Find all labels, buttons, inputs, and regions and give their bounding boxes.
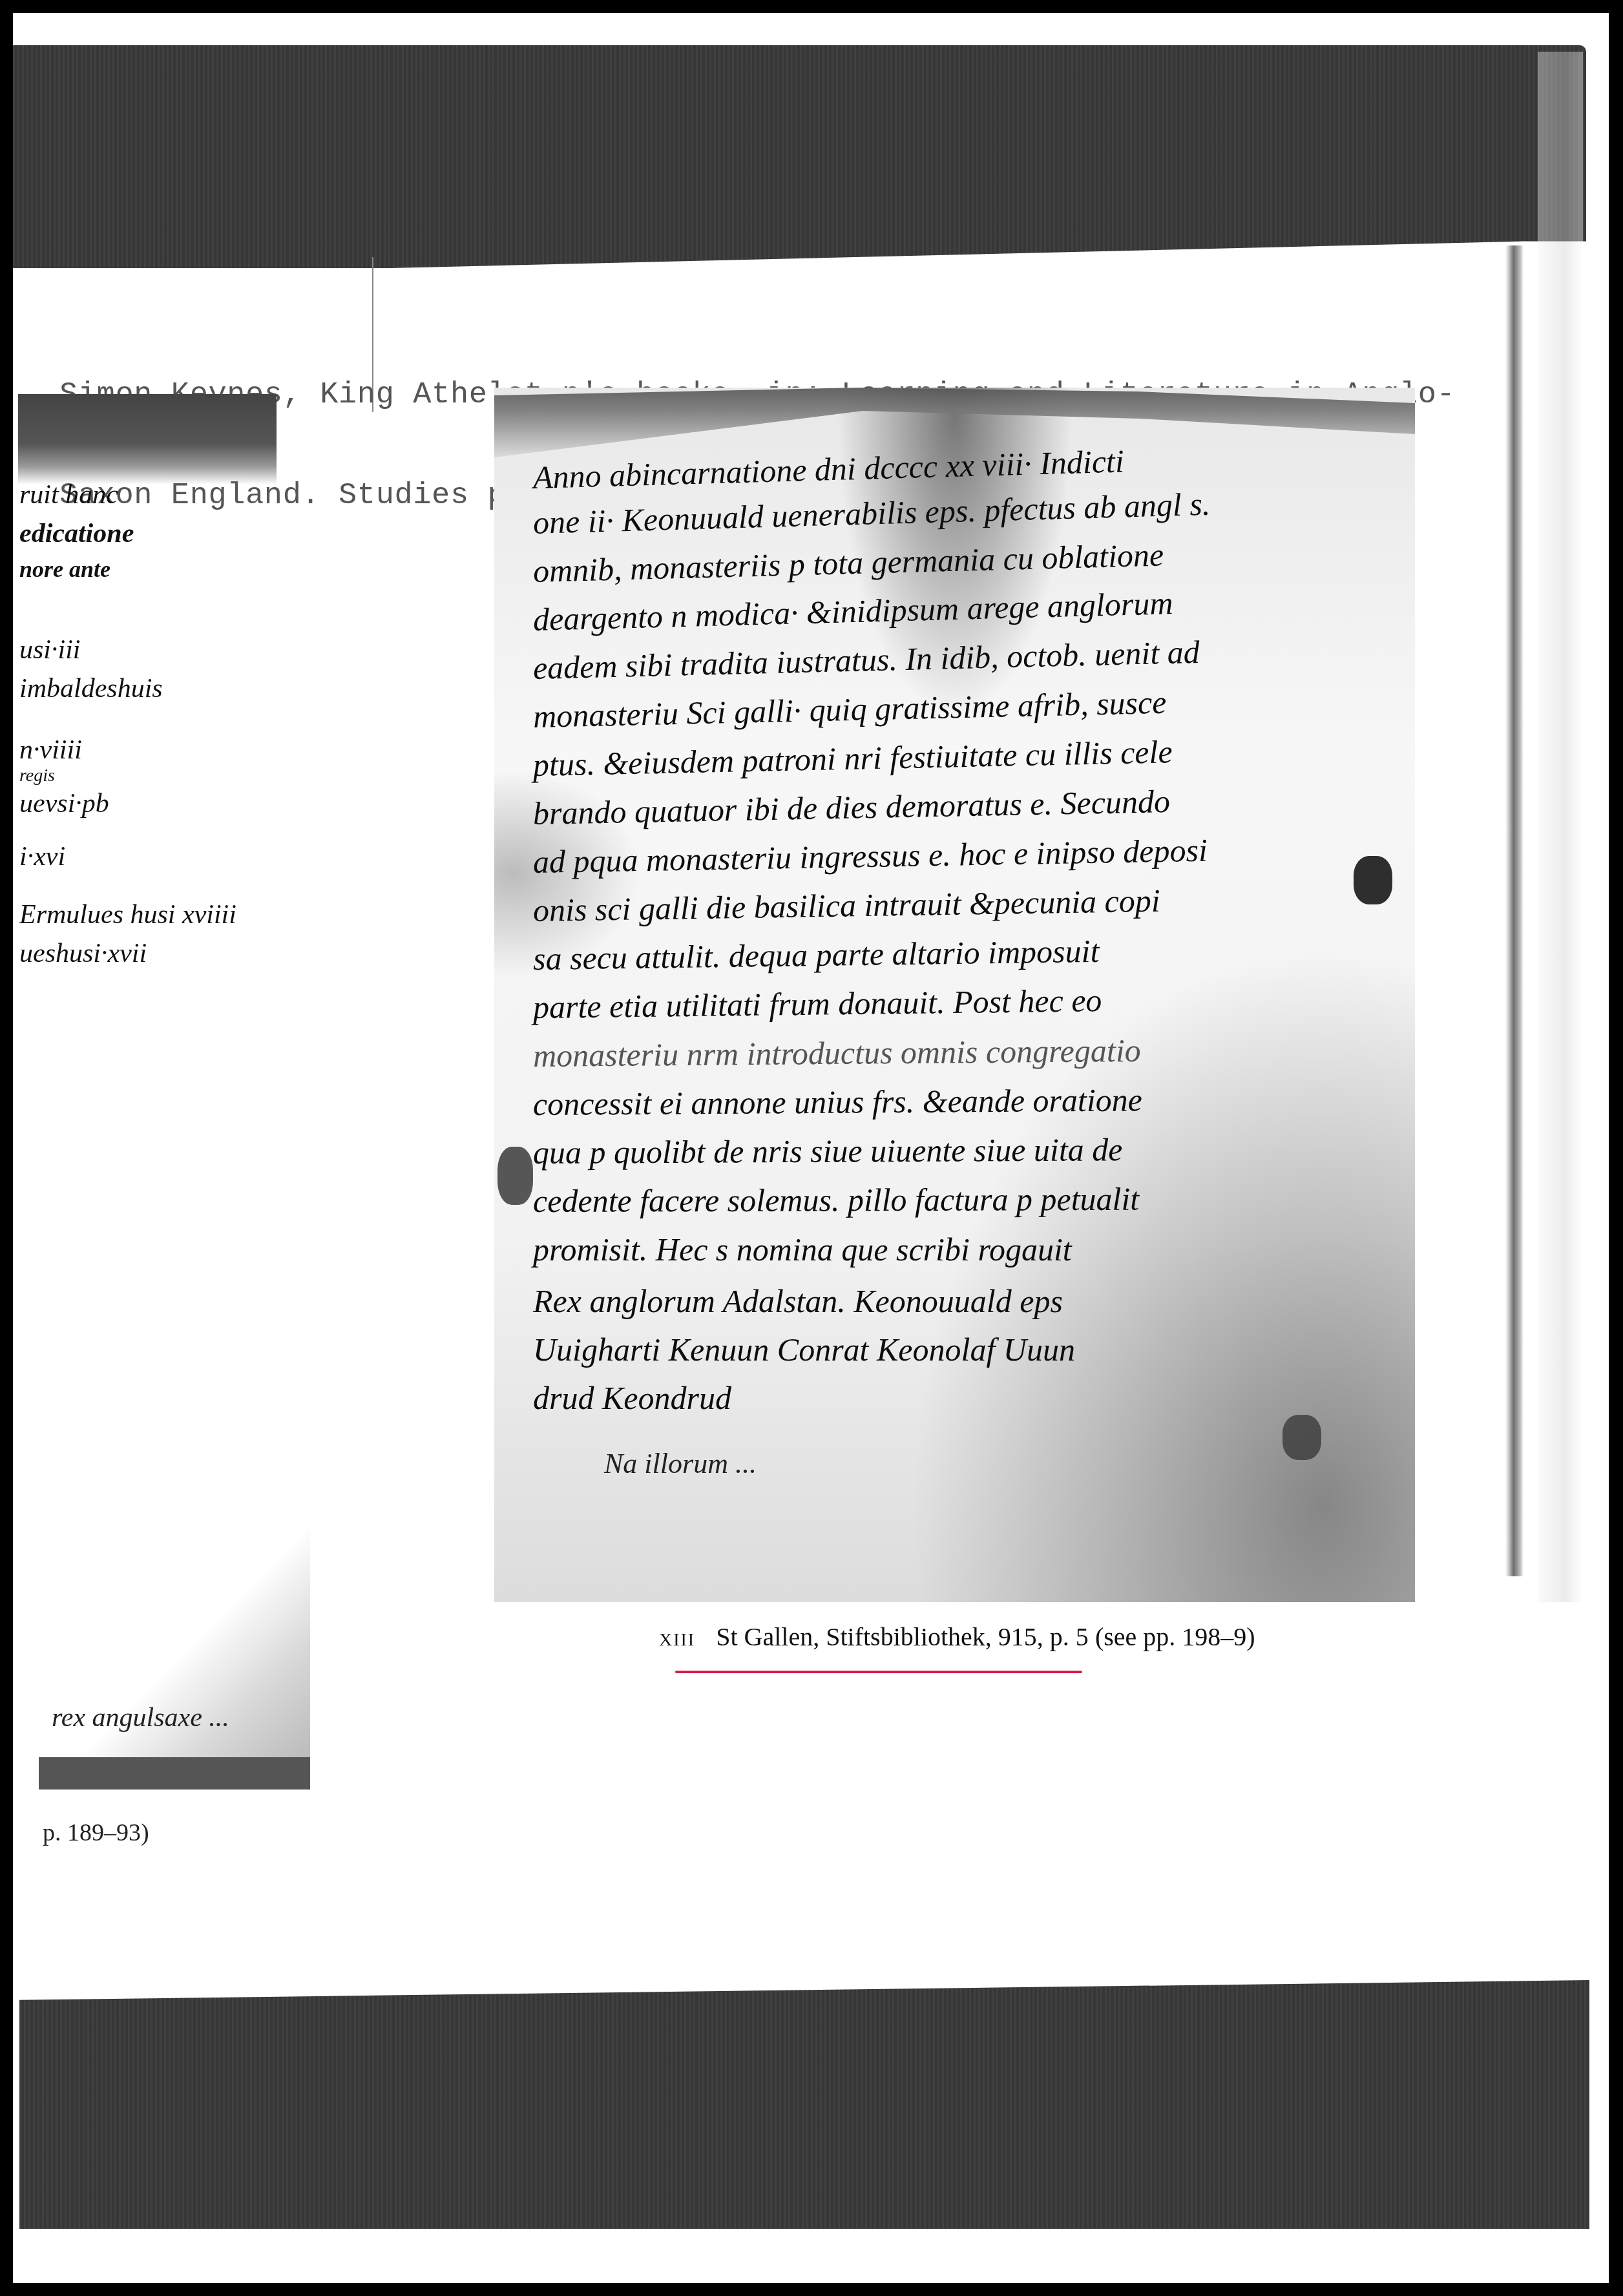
- ink-blot: [1354, 856, 1392, 904]
- fragment-line: regis: [19, 766, 55, 786]
- manuscript-line: omnib, monasteriis p tota germania cu ob…: [532, 536, 1164, 590]
- ink-blot: [497, 1147, 533, 1205]
- manuscript-line: qua p quolibt de nris siue uiuente siue …: [533, 1131, 1123, 1171]
- left-plate-bottom-text: rex angulsaxe ...: [52, 1702, 229, 1733]
- fragment-line: Ermulues husi xviiii: [19, 899, 236, 930]
- caption-underlined-text: St Gallen, Stiftsbibliothek, 915, p. 5: [716, 1622, 1089, 1651]
- manuscript-line: ad pqua monasteriu ingressus e. hoc e in…: [532, 831, 1208, 881]
- fragment-line: imbaldeshuis: [19, 673, 163, 704]
- manuscript-line: concessit ei annone unius frs. &eande or…: [533, 1081, 1142, 1123]
- signature-fragment: Na illorum ...: [604, 1447, 757, 1480]
- manuscript-line: Rex anglorum Adalstan. Keonouuald eps: [533, 1282, 1063, 1320]
- manuscript-line: brando quatuor ibi de dies demoratus e. …: [532, 782, 1170, 832]
- manuscript-line: Anno abincarnatione dni dcccc xx viii· I…: [532, 442, 1124, 496]
- fragment-line: nore ante: [19, 556, 110, 583]
- fragment-line: ueshusi·xvii: [19, 938, 147, 969]
- fragment-line: i·xvi: [19, 841, 65, 872]
- manuscript-line: eadem sibi tradita iustratus. In idib, o…: [532, 633, 1200, 687]
- plate-number: XIII: [659, 1630, 695, 1650]
- page-stack-shadow: [1538, 52, 1583, 1602]
- manuscript-line: cedente facere solemus. pillo factura p …: [533, 1180, 1139, 1220]
- stain: [1283, 1415, 1321, 1460]
- plate-caption: XIIISt Gallen, Stiftsbibliothek, 915, p.…: [659, 1622, 1255, 1652]
- fragment-line: uevsi·pb: [19, 788, 109, 819]
- left-plate-lower-fragment: [39, 1470, 310, 1790]
- caption-reference: (see pp. 198–9): [1089, 1622, 1255, 1651]
- manuscript-line: monasteriu Sci galli· quiq gratissime af…: [532, 684, 1167, 735]
- manuscript-line: monasteriu nrm introductus omnis congreg…: [533, 1032, 1141, 1074]
- manuscript-plate: Anno abincarnatione dni dcccc xx viii· I…: [494, 388, 1415, 1602]
- fragment-line: ruit hanc: [19, 479, 118, 510]
- manuscript-line: sa secu attulit. dequa parte altario imp…: [533, 932, 1100, 977]
- left-caption-fragment: p. 189–93): [43, 1819, 149, 1847]
- fragment-line: n·viiii: [19, 735, 82, 766]
- red-pen-underline: [675, 1671, 1082, 1673]
- manuscript-line: ptus. &eiusdem patroni nri festiuitate c…: [532, 733, 1173, 784]
- manuscript-line: deargento n modica· &inidipsum arege ang…: [532, 584, 1173, 638]
- manuscript-line: one ii· Keonuuald uenerabilis eps. pfect…: [532, 485, 1211, 541]
- manuscript-line: drud Keondrud: [533, 1379, 731, 1417]
- dark-backdrop-bottom: [19, 1980, 1589, 2229]
- fragment-line: usi·iii: [19, 634, 81, 665]
- fragment-line: edicatione: [19, 518, 134, 549]
- scanned-page: Simon Keynes, King Athelst n's books, in…: [13, 13, 1609, 2283]
- left-plate-bottom-edge: [39, 1757, 310, 1790]
- manuscript-line: Uuigharti Kenuun Conrat Keonolaf Uuun: [533, 1331, 1075, 1368]
- manuscript-line: promisit. Hec s nomina que scribi rogaui…: [533, 1231, 1072, 1268]
- dark-backdrop-top: [13, 45, 1586, 268]
- left-plate-dark-edge: [18, 394, 277, 485]
- manuscript-line: onis sci galli die basilica intrauit &pe…: [533, 882, 1161, 929]
- manuscript-line: parte etia utilitati frum donauit. Post …: [533, 981, 1102, 1026]
